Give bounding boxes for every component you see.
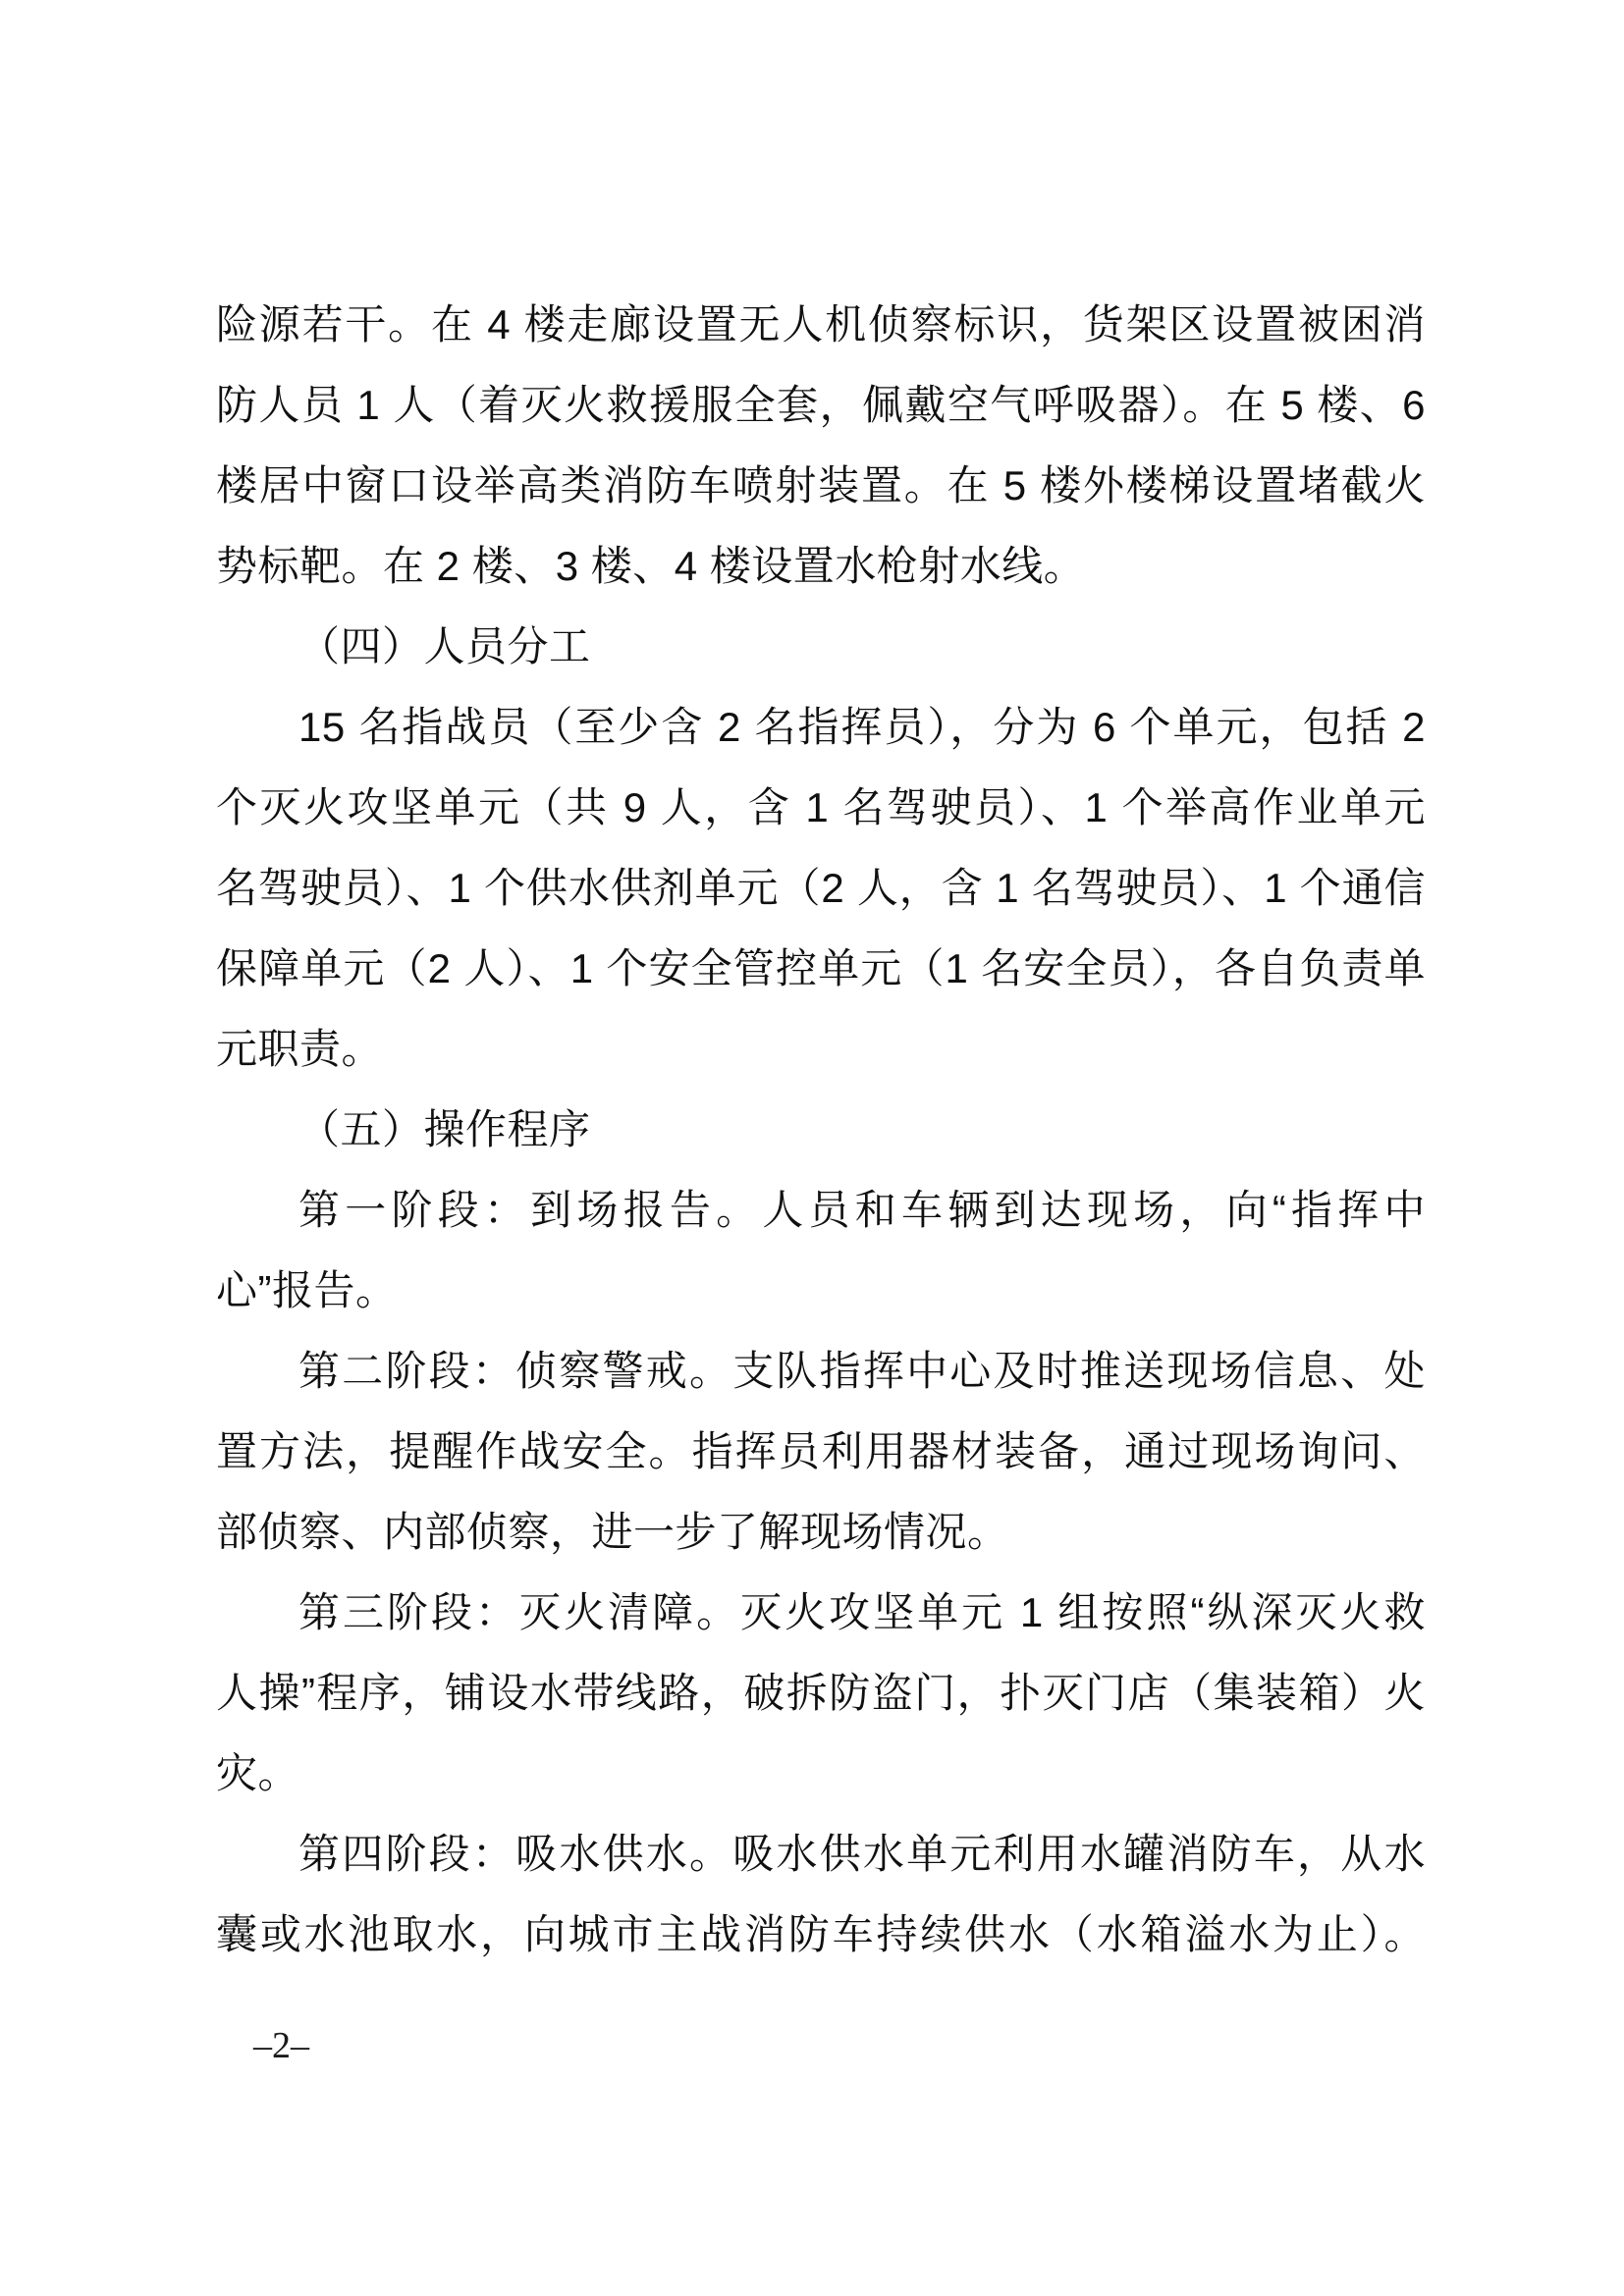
text-line: 第二阶段：侦察警戒。支队指挥中心及时推送现场信息、处 — [216, 1331, 1426, 1412]
text-line: 防人员 1 人（着灭火救援服全套，佩戴空气呼吸器）。在 5 楼、6 — [216, 365, 1426, 446]
section-heading: （五）操作程序 — [216, 1090, 1426, 1170]
text-line: 名驾驶员）、1 个供水供剂单元（2 人，含 1 名驾驶员）、1 个通信 — [216, 848, 1426, 929]
page-number: –2– — [253, 2024, 309, 2067]
text-line: 15 名指战员（至少含 2 名指挥员），分为 6 个单元，包括 2 — [216, 687, 1426, 768]
text-line: 心”报告。 — [216, 1251, 1426, 1331]
text-line: 部侦察、内部侦察，进一步了解现场情况。 — [216, 1492, 1426, 1573]
text-line: 势标靶。在 2 楼、3 楼、4 楼设置水枪射水线。 — [216, 526, 1426, 607]
section-heading: （四）人员分工 — [216, 607, 1426, 687]
document-page: 险源若干。在 4 楼走廊设置无人机侦察标识，货架区设置被困消 防人员 1 人（着… — [0, 0, 1624, 2296]
text-line: 楼居中窗口设举高类消防车喷射装置。在 5 楼外楼梯设置堵截火 — [216, 446, 1426, 526]
text-line: 人操”程序，铺设水带线路，破拆防盗门，扑灭门店（集装箱）火 — [216, 1653, 1426, 1734]
text-line: 第三阶段：灭火清障。灭火攻坚单元 1 组按照“纵深灭火救 — [216, 1573, 1426, 1653]
body-text: 险源若干。在 4 楼走廊设置无人机侦察标识，货架区设置被困消 防人员 1 人（着… — [216, 285, 1426, 1975]
text-line: 囊或水池取水，向城市主战消防车持续供水（水箱溢水为止）。 — [216, 1895, 1426, 1975]
text-line: 第一阶段：到场报告。人员和车辆到达现场，向“指挥中 — [216, 1170, 1426, 1251]
text-line: 险源若干。在 4 楼走廊设置无人机侦察标识，货架区设置被困消 — [216, 285, 1426, 365]
text-line: 第四阶段：吸水供水。吸水供水单元利用水罐消防车，从水 — [216, 1814, 1426, 1895]
text-line: 元职责。 — [216, 1009, 1426, 1090]
text-line: 灾。 — [216, 1734, 1426, 1814]
text-line: 置方法，提醒作战安全。指挥员利用器材装备，通过现场询问、外 — [216, 1412, 1426, 1492]
text-line: 保障单元（2 人）、1 个安全管控单元（1 名安全员），各自负责单 — [216, 929, 1426, 1009]
text-line: 个灭火攻坚单元（共 9 人，含 1 名驾驶员）、1 个举高作业单元（1 — [216, 768, 1426, 848]
